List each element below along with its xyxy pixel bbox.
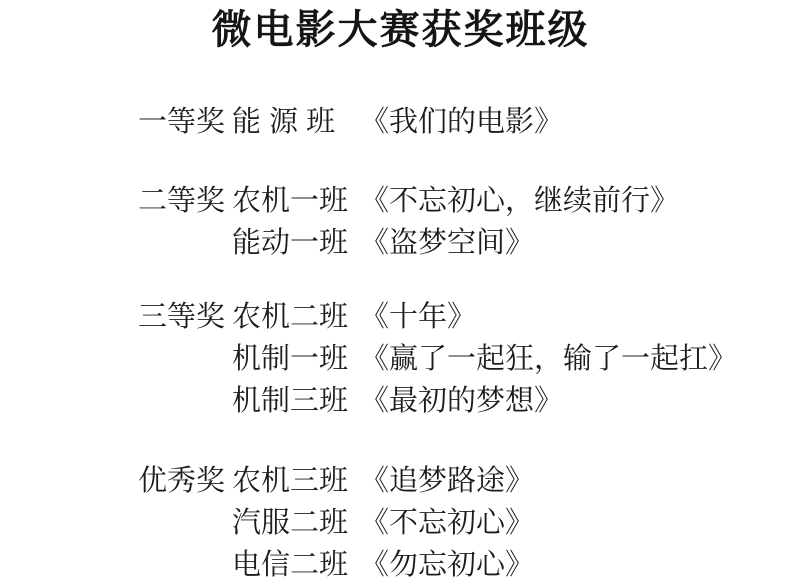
film-title: 《追梦路途》 [360, 458, 534, 499]
award-label: 二等奖 [138, 178, 232, 219]
award-label: 一等奖 [138, 99, 232, 140]
class-name: 机制三班 [232, 378, 360, 419]
class-name: 农机一班 [232, 178, 360, 219]
class-name: 电信二班 [232, 542, 360, 583]
award-group: 三等奖农机二班《十年》机制一班《赢了一起狂，输了一起扛》机制三班《最初的梦想》 [138, 293, 801, 419]
award-label: 优秀奖 [138, 458, 232, 499]
award-row: 一等奖能 源 班《我们的电影》 [138, 98, 801, 140]
award-label: 三等奖 [138, 294, 232, 335]
film-title: 《赢了一起狂，输了一起扛》 [360, 336, 737, 377]
award-row: 机制一班《赢了一起狂，输了一起扛》 [138, 335, 801, 377]
film-title: 《不忘初心》 [360, 500, 534, 541]
class-name: 农机二班 [232, 294, 360, 335]
page-title: 微电影大赛获奖班级 [0, 6, 801, 54]
film-title: 《我们的电影》 [360, 99, 563, 140]
class-name: 汽服二班 [232, 500, 360, 541]
award-row: 三等奖农机二班《十年》 [138, 293, 801, 335]
film-title: 《勿忘初心》 [360, 542, 534, 583]
film-title: 《十年》 [360, 294, 476, 335]
award-row: 二等奖农机一班《不忘初心，继续前行》 [138, 177, 801, 219]
film-title: 《盗梦空间》 [360, 220, 534, 261]
award-group: 优秀奖农机三班《追梦路途》汽服二班《不忘初心》电信二班《勿忘初心》 [138, 457, 801, 583]
award-group: 一等奖能 源 班《我们的电影》 [138, 98, 801, 140]
award-list: 一等奖能 源 班《我们的电影》二等奖农机一班《不忘初心，继续前行》能动一班《盗梦… [0, 98, 801, 583]
document-page: 微电影大赛获奖班级 一等奖能 源 班《我们的电影》二等奖农机一班《不忘初心，继续… [0, 6, 801, 588]
film-title: 《不忘初心，继续前行》 [360, 178, 679, 219]
award-row: 优秀奖农机三班《追梦路途》 [138, 457, 801, 499]
award-row: 能动一班《盗梦空间》 [138, 219, 801, 261]
award-row: 电信二班《勿忘初心》 [138, 541, 801, 583]
award-row: 机制三班《最初的梦想》 [138, 377, 801, 419]
award-group: 二等奖农机一班《不忘初心，继续前行》能动一班《盗梦空间》 [138, 177, 801, 261]
class-name: 能 源 班 [232, 99, 360, 140]
film-title: 《最初的梦想》 [360, 378, 563, 419]
class-name: 能动一班 [232, 220, 360, 261]
class-name: 农机三班 [232, 458, 360, 499]
award-row: 汽服二班《不忘初心》 [138, 499, 801, 541]
class-name: 机制一班 [232, 336, 360, 377]
